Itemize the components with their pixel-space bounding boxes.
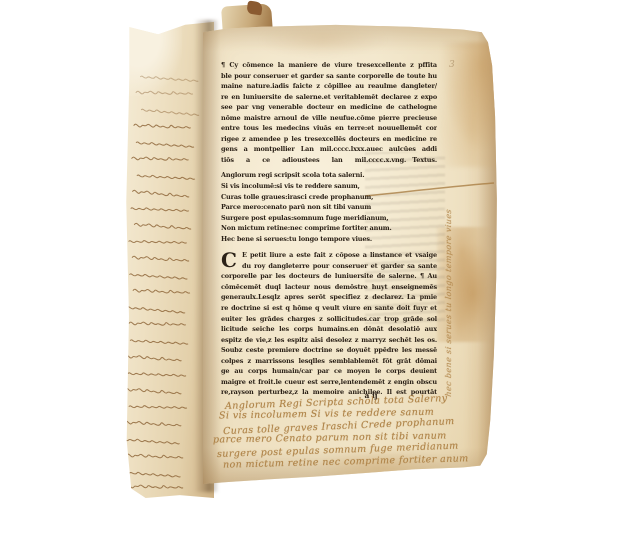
printed-line: du roy dangleterre pour conseruer et gar… [221, 261, 437, 272]
drop-cap-initial: C [221, 250, 237, 270]
verse-line: Surgere post epulas:somnum fuge meridian… [221, 213, 437, 224]
verse-line: Non mictum retine:nec comprime fortiter … [221, 223, 437, 234]
printed-line: ble pour conseruer et garder sa sante co… [221, 71, 437, 82]
printed-line: Soubz ceste premiere doctrine se doyuēt … [221, 345, 437, 356]
verse-line: Curas tolle graues:irasci crede prophanu… [221, 192, 437, 203]
prologue-paragraph: ¶ Cy cōmence la maniere de viure tresexc… [221, 60, 437, 165]
stain [258, 28, 388, 58]
printed-page: 3 ¶ Cy cōmence la maniere de viure trese… [203, 24, 498, 484]
printed-line: nōme maistre arnoul de ville neufue.cōme… [221, 113, 437, 124]
photo-canvas: 3 ¶ Cy cōmence la maniere de viure trese… [0, 0, 620, 533]
printed-line: corporelle par les docteurs de luniuersi… [221, 271, 437, 282]
folio-mark: 3 [449, 60, 455, 70]
printed-line: rigee z amendee p les tresexcellēs docte… [221, 134, 437, 145]
printed-line: maine nature.iadis faicte z cōpillee au … [221, 81, 437, 92]
printed-line: entre tous les medecins viuās en terre:e… [221, 123, 437, 134]
printed-line: see par vng venerable docteur en medicin… [221, 102, 437, 113]
verse-line: Anglorum regi scripsit scola tota salern… [221, 170, 437, 181]
verse-line: Hec bene si serues:tu longo tempore viue… [221, 234, 437, 245]
verse-line: Parce mero:cenato parū non sit tibi vanu… [221, 202, 437, 213]
printed-line: re doctrine si est q hōme q veult viure … [221, 303, 437, 314]
vertical-margin-annotation: hec bene si serues tu longo tempore viue… [444, 151, 453, 397]
latin-verse-block: Anglorum regi scripsit scola tota salern… [221, 170, 437, 244]
printed-text-block: ¶ Cy cōmence la maniere de viure tresexc… [221, 60, 437, 398]
printed-line: generaulx.Lesqlz apres serōt specifiez z… [221, 292, 437, 303]
stain [433, 42, 503, 167]
printed-line: cōmēcemēt duql lacteur nous demōstre huy… [221, 282, 437, 293]
printed-line: tiōs a ce adioustees lan mil.cccc.x.vng.… [221, 155, 437, 166]
printed-line: ge au corps humain/car par ce moyen le c… [221, 366, 437, 377]
printed-line: ¶ Cy cōmence la maniere de viure tresexc… [221, 60, 437, 71]
printed-line: re en luniuersite de salerne.et veritabl… [221, 92, 437, 103]
verse-line: Si vis incolumē:si vis te reddere sanum, [221, 181, 437, 192]
printed-line: licitude seiche les corps humains.en dōn… [221, 324, 437, 335]
printed-line: espitz de vie,z les espitz aīsi desolez … [221, 335, 437, 346]
second-paragraph: C E petit liure a este fait z cōpose a l… [221, 250, 437, 398]
printed-line: euiter les grādes charges z sollicitudes… [221, 314, 437, 325]
printed-line: E petit liure a este fait z cōpose a lin… [221, 250, 437, 261]
bottom-handwritten-verses: Anglorum Regi Scripta schola tota Salern… [211, 396, 503, 468]
printed-line: gens a montpellier Lan mil.cccc.lxxx.aue… [221, 144, 437, 155]
printed-line: colpes z marrissons lesqlles semblablemē… [221, 356, 437, 367]
printed-line: maigre et froit.le cueur est serre,lente… [221, 377, 437, 388]
